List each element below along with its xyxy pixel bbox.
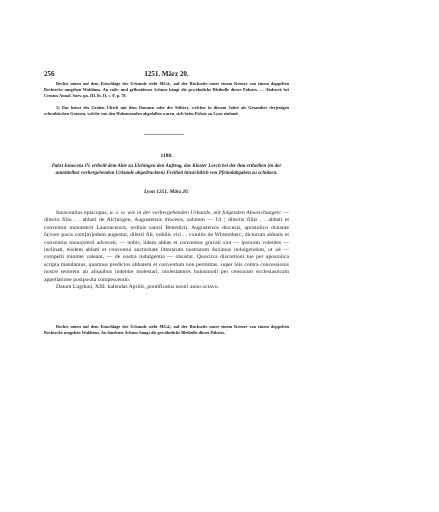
footnote: 1) Das heisst des Grafen Ulrich mit dem … xyxy=(44,105,289,117)
archival-note-bottom: Rechts unten auf dem Einschlage der Urku… xyxy=(44,324,289,336)
body-text: — dilecto filio . . abbati de Alchingen,… xyxy=(44,210,289,283)
archival-note-top: Rechts unten auf dem Einschlage der Urku… xyxy=(44,81,289,100)
document-body: Innocentius episcopus, u. s. w. wie in d… xyxy=(44,210,289,291)
document-number: 1188. xyxy=(44,153,289,159)
datum-line: Datum Lugduni, XIII. kalendas Aprilis, p… xyxy=(44,284,289,291)
body-intro: Innocentius episcopus, xyxy=(56,210,110,216)
section-divider xyxy=(144,134,184,135)
body-paragraph: Innocentius episcopus, u. s. w. wie in d… xyxy=(44,210,289,284)
document-regest: Pabst Innocenz IV. ertheilt dem Abte zu … xyxy=(44,163,289,178)
header-date: 1251. März 20. xyxy=(44,70,289,78)
body-editorial: u. s. w. wie in der vorhergehenden Urkun… xyxy=(110,210,282,216)
place-date: Lyon 1251. März 20. xyxy=(44,189,289,195)
page-header: 256 1251. März 20. xyxy=(44,70,289,80)
